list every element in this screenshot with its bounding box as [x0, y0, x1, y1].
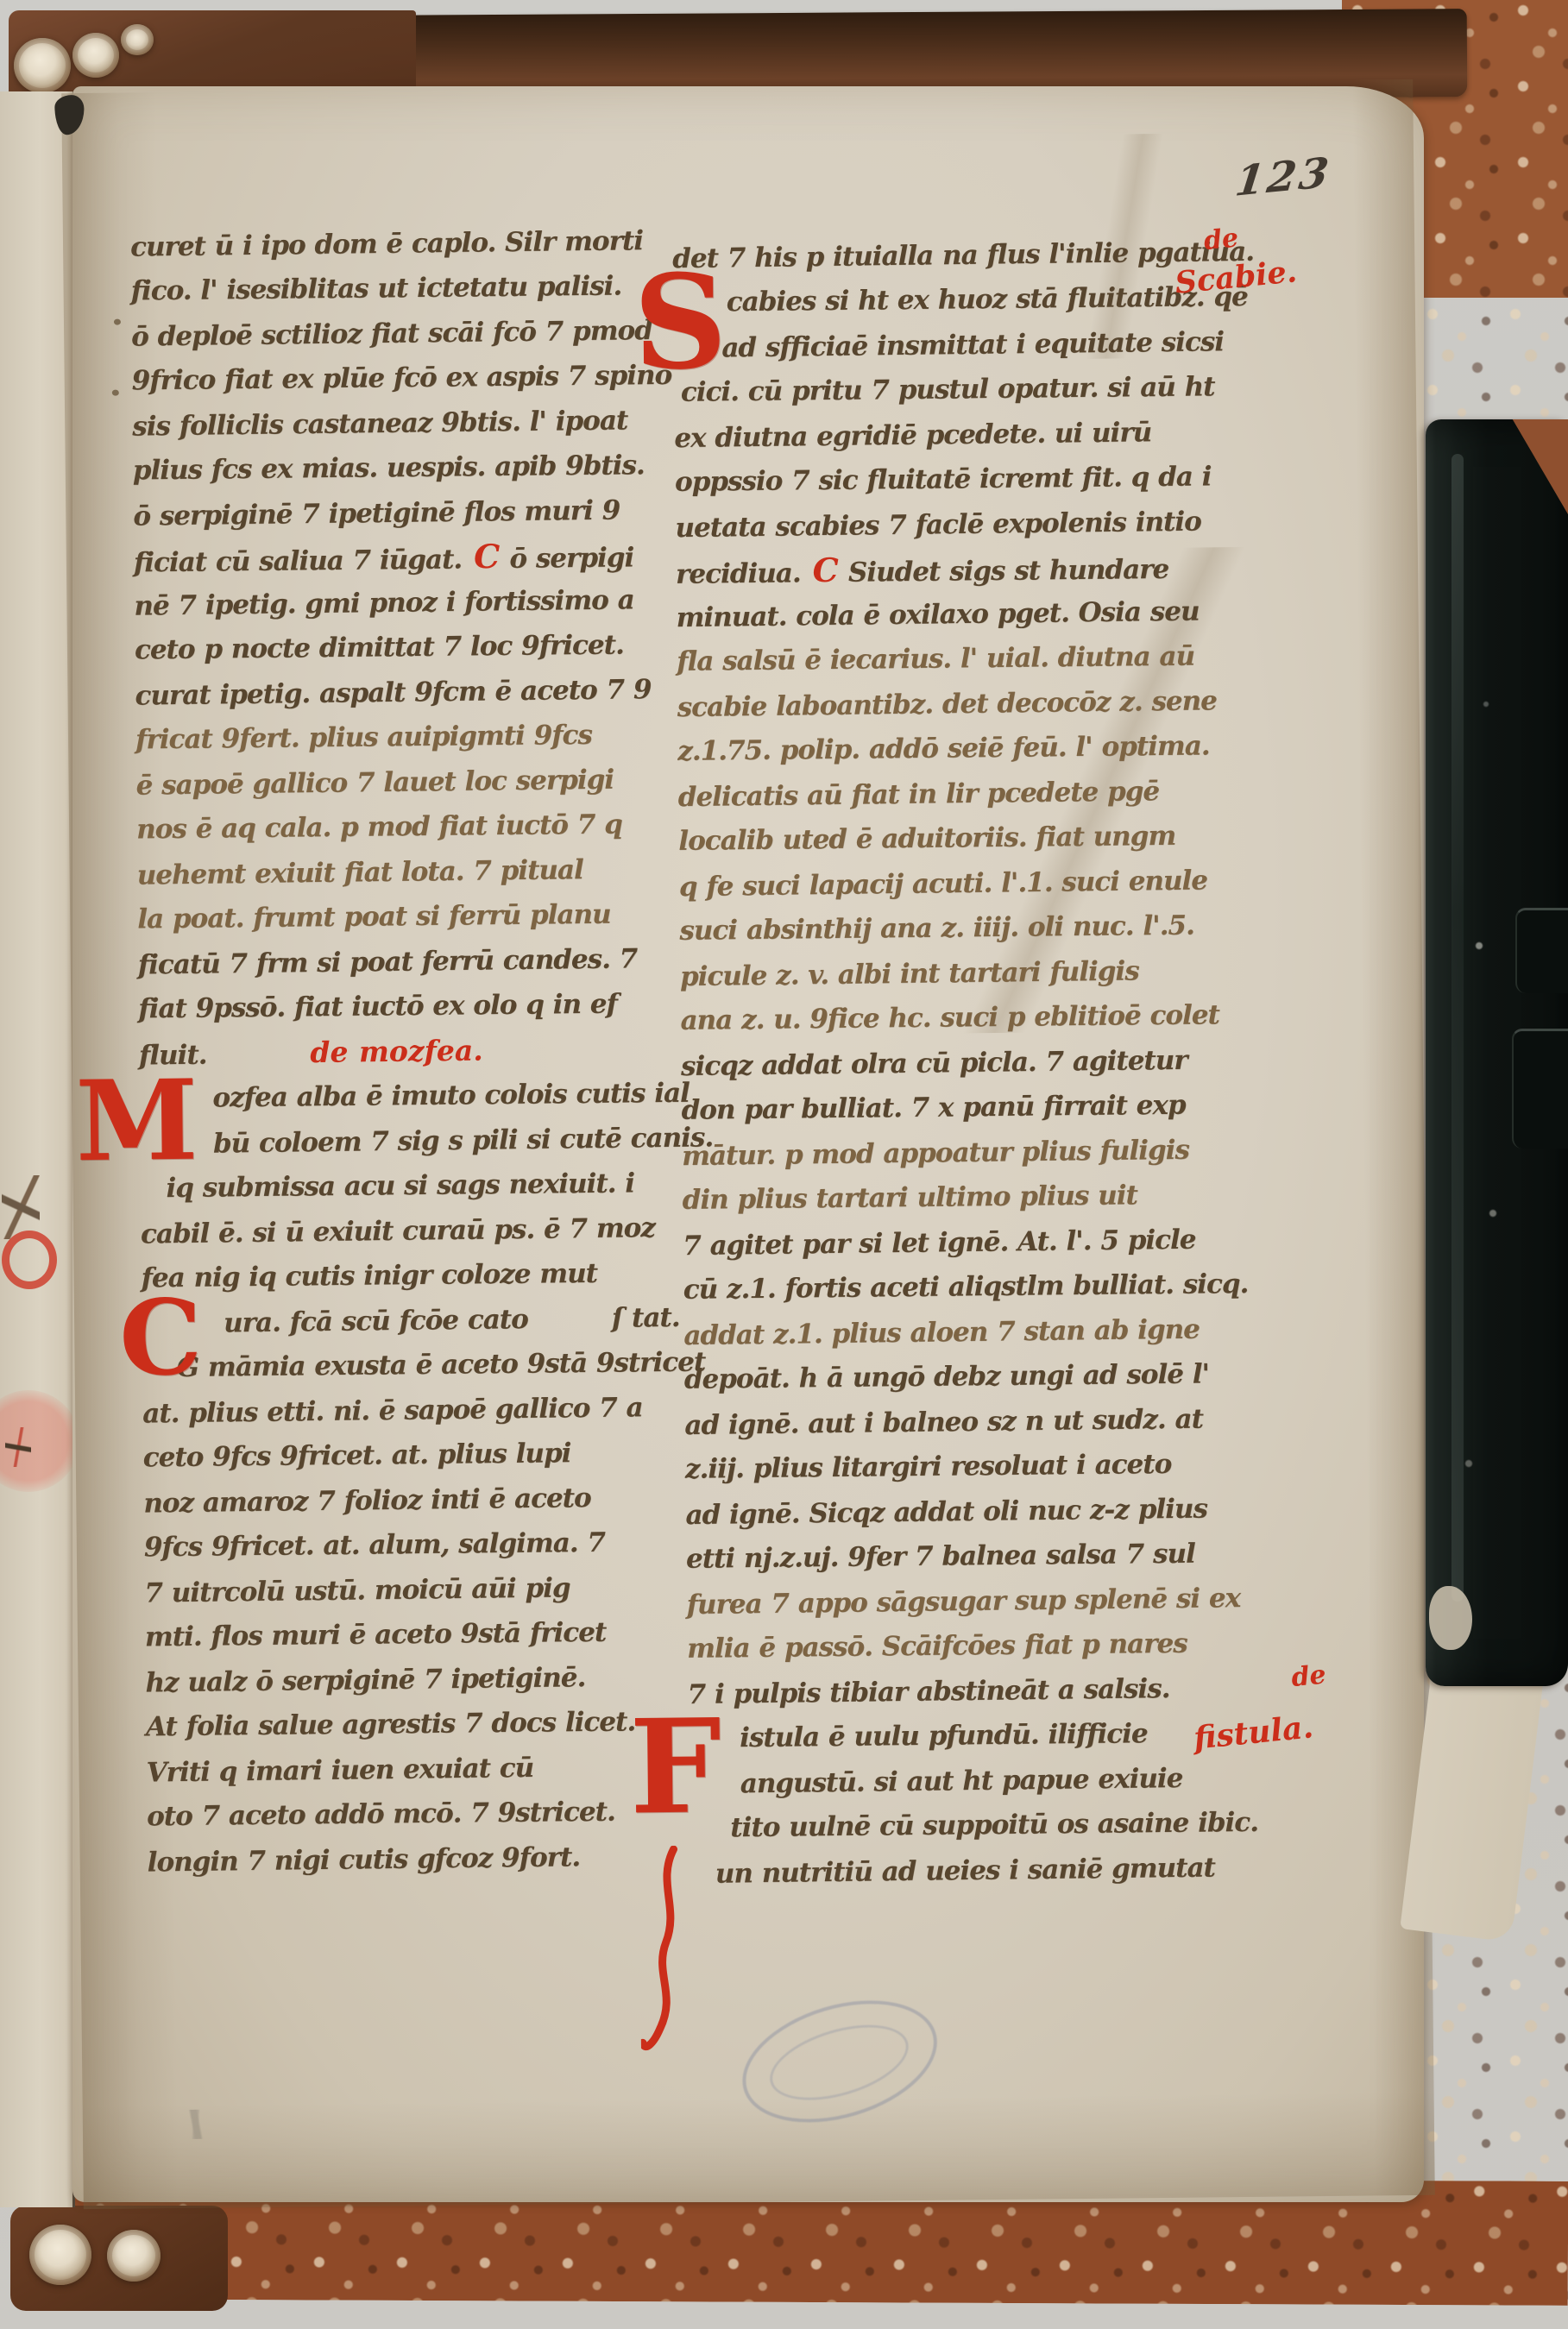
- text-line: ad sfficiaē insmittat i equitate sicsi: [721, 318, 1338, 371]
- initial-m: M: [75, 1066, 198, 1177]
- initial-f: F: [629, 1702, 722, 1832]
- leather-bottom-left-patch: [10, 2206, 228, 2311]
- rubric-de-scabie-de: de: [1202, 223, 1239, 257]
- text-line: fiat 9pssō. fiat iuctō ex olo q in ef: [138, 981, 698, 1032]
- manuscript-photo: 123 curet ū i ipo dom ē caplo. Silr mort…: [0, 0, 1568, 2329]
- text-line: at. plius etti. ni. ē sapoē gallico 7 a: [142, 1384, 702, 1436]
- text-line: fico. l' isesiblitas ut ictetatu palisi.: [130, 263, 690, 314]
- text-line: 9fcs 9fricet. at. alum, salgima. 7: [144, 1520, 704, 1571]
- text-line: mlia ē passō. Scāifcōes fiat p nares: [687, 1620, 1352, 1671]
- text-line: cici. cū pritu 7 pustul opatur. si aū ht: [681, 363, 1339, 415]
- text-line: oppssio 7 sic fluitatē icremt fit. q da …: [675, 453, 1340, 505]
- text-line: fea nig iq cutis inigr coloze mut: [141, 1250, 701, 1301]
- pencil-scribble: [140, 2109, 252, 2139]
- paraph-mark: C: [812, 551, 838, 589]
- text-line: ceto 9fcs 9fricet. at. plius lupi: [142, 1430, 702, 1481]
- showthrough-pink-marks: [5, 1427, 31, 1467]
- line-text: ficiat cū saliua 7 iūgat.: [134, 544, 463, 578]
- rosette-boss-icon: [29, 2225, 91, 2285]
- text-line: hz ualz ō serpiginē 7 ipetiginē.: [145, 1653, 705, 1705]
- text-line: angustū. si aut ht papue exiuie: [740, 1753, 1353, 1806]
- text-line: plius fcs ex mias. uespis. apib 9btis.: [133, 443, 693, 494]
- text-line: ana z. u. 9fice hc. suci p eblitioē cole…: [680, 991, 1345, 1043]
- text-line: nos ē aq cala. p mod fiat iuctō 7 q: [136, 802, 696, 853]
- rubric-de-fistula-de: de: [1290, 1659, 1327, 1694]
- text-line: oto 7 aceto addō mcō. 7 9stricet.: [147, 1789, 707, 1840]
- text-line: uehemt exiuit fiat lota. 7 pitual: [136, 846, 696, 897]
- text-line: ficatū 7 frm si poat ferrū candes. 7: [137, 935, 697, 987]
- text-line: bū coloem 7 sig s pili si cutē canis.: [213, 1116, 700, 1167]
- text-line: addat z.1. plius aloen 7 stan ab igne: [683, 1305, 1349, 1358]
- clasp-notch: [1515, 908, 1568, 993]
- text-line: un nutritiū ad ueies i saniē gmutat: [715, 1843, 1355, 1896]
- text-line: etti nj.z.uj. 9fer 7 balnea salsa 7 sul: [686, 1530, 1351, 1582]
- text-line: ficiat cū saliua 7 iūgat.Cō serpigi: [134, 532, 694, 583]
- initial-c: C: [119, 1287, 203, 1391]
- folio-number: 123: [1233, 152, 1333, 203]
- text-line: curat ipetig. aspalt 9fcm ē aceto 7 9: [135, 666, 695, 718]
- page-content: 123 curet ū i ipo dom ē caplo. Silr mort…: [61, 79, 1435, 2209]
- text-line: cū z.1. fortis aceti aliqstlm bulliat. s…: [683, 1261, 1348, 1312]
- text-line: z.1.75. polip. addō seiē feū. l' optima.: [677, 722, 1343, 774]
- text-line: longin 7 nigi cutis gfcoz 9fort.: [147, 1833, 707, 1885]
- text-line: uetata scabies 7 faclē expolenis intio: [675, 497, 1340, 551]
- text-line: ad ignē. aut i balneo sz n ut sudz. at: [684, 1394, 1350, 1448]
- text-column-right: det 7 his p ituialla na flus l'inlie pga…: [672, 229, 1354, 1896]
- text-line: 7 uitrcolū ustū. moicū aūi pig: [144, 1564, 704, 1615]
- text-line: ceto p nocte dimittat 7 loc 9fricet.: [135, 622, 695, 673]
- text-line: ad ignē. Sicqz addat oli nuc z-z plius: [685, 1484, 1351, 1538]
- parchment-page: 123 curet ū i ipo dom ē caplo. Silr mort…: [72, 86, 1424, 2202]
- text-line: din plius tartari ultimo plius uit: [682, 1171, 1347, 1223]
- margin-prick-dot: [114, 319, 121, 325]
- text-line: tito uulnē cū suppoitū os asaine ibic.: [730, 1799, 1354, 1851]
- showthrough-glyphs: [2, 1175, 40, 1239]
- showthrough-red-ring: [2, 1231, 57, 1289]
- text-line: sicqz addat olra cū picla. 7 agitetur: [681, 1035, 1346, 1089]
- rosette-boss-icon: [72, 33, 119, 78]
- text-column-left: curet ū i ipo dom ē caplo. Silr morti fi…: [130, 218, 707, 1885]
- text-line: don par bulliat. 7 x panū firrait exp: [681, 1081, 1346, 1133]
- line-text: ō serpigi: [509, 542, 633, 575]
- clasp-notch: [1512, 1029, 1568, 1149]
- rubric-de-morfea: de mozfea.: [310, 1034, 483, 1070]
- text-line: sis folliclis castaneaz 9btis. l' ipoat: [132, 397, 692, 449]
- text-line: ē sapoē gallico 7 lauet loc serpigi: [135, 756, 696, 808]
- paraph-mark: C: [474, 537, 500, 576]
- text-line: ura. fcā scū fcōe cato ſ tat.: [224, 1295, 702, 1346]
- rosette-boss-icon: [107, 2230, 161, 2282]
- fore-edge-left: [0, 91, 75, 2207]
- text-line: ozfea alba ē imuto colois cutis ial: [212, 1071, 699, 1121]
- rosette-boss-icon: [121, 24, 154, 55]
- text-line: ō serpiginē 7 ipetiginē flos muri 9: [133, 487, 693, 538]
- text-line: ex diutna egridiē pcedete. ui uirū: [674, 407, 1339, 461]
- text-line: mātur. p mod appoatur plius fuligis: [682, 1125, 1347, 1179]
- text-line: cabil ē. si ū exiuit curaū ps. ē 7 moz: [141, 1205, 701, 1256]
- text-line: z.iij. plius litargiri resoluat i aceto: [685, 1440, 1351, 1492]
- text-line: depoāt. h ā ungō debz ungi ad solē l': [684, 1350, 1350, 1402]
- text-line: mti. flos muri ē aceto 9stā fricet: [145, 1609, 705, 1660]
- rosette-boss-icon: [14, 38, 71, 93]
- text-line: At folia salue agrestis 7 docs licet.: [146, 1699, 706, 1750]
- text-line: Vriti q imari iuen exuiat cū: [146, 1743, 706, 1795]
- text-line: ō deploē sctilioz fiat scāi fcō 7 pmod: [131, 307, 691, 359]
- text-line: la poat. frumt poat si ferrū planu: [137, 891, 697, 942]
- text-line: 7 agitet par si let ignē. At. l'. 5 picl…: [683, 1215, 1348, 1268]
- margin-prick-dot: [112, 390, 119, 396]
- text-line: G māmia exusta ē aceto 9stā 9stricet: [176, 1340, 702, 1390]
- text-line: localib uted ē aduitoriis. fiat ungm: [678, 812, 1344, 864]
- clasp-damage-chip: [1429, 1586, 1472, 1650]
- initial-s: S: [633, 257, 727, 387]
- text-line: scabie laboantibz. det decocōz z. sene: [677, 677, 1342, 730]
- text-line: fricat 9fert. plius auipigmti 9fcs: [135, 712, 696, 763]
- text-line: furea 7 appo sāgsugar sup splenē si ex: [686, 1574, 1351, 1627]
- initial-f-flourish: [639, 1846, 696, 2062]
- text-line: fla salsū ē iecarius. l' uial. diutna aū: [677, 633, 1342, 684]
- clasp-highlight: [1452, 454, 1464, 1602]
- text-line: 9frico fiat ex plūe fcō ex aspis 7 spino: [131, 353, 691, 404]
- text-line: noz amaroz 7 folioz inti ē aceto: [143, 1474, 703, 1526]
- line-text: Siudet sigs st hundare: [848, 554, 1169, 589]
- text-line: iq submissa acu si sags nexiuit. i: [166, 1161, 700, 1211]
- text-line: 7 i pulpis tibiar abstineāt a salsis.: [687, 1664, 1352, 1717]
- text-line: curet ū i ipo dom ē caplo. Silr morti: [130, 217, 690, 269]
- text-line: picule z. v. albi int tartari fuligis: [680, 946, 1345, 999]
- text-line: q fe suci lapacij acuti. l'.1. suci enul…: [679, 856, 1344, 910]
- text-line: fluit.de mozfea.: [139, 1025, 699, 1077]
- line-text: recidiua.: [676, 557, 801, 590]
- text-line: recidiua.CSiudet sigs st hundare: [676, 543, 1341, 595]
- text-line: minuat. cola ē oxilaxo pget. Osia seu: [676, 587, 1341, 640]
- text-line: suci absinthij ana z. iiij. oli nuc. l'.…: [679, 902, 1344, 954]
- text-line: delicatis aū fiat in lir pcedete pgē: [677, 766, 1343, 820]
- text-line: nē 7 ipetig. gmi pnoz i fortissimo a: [134, 576, 694, 628]
